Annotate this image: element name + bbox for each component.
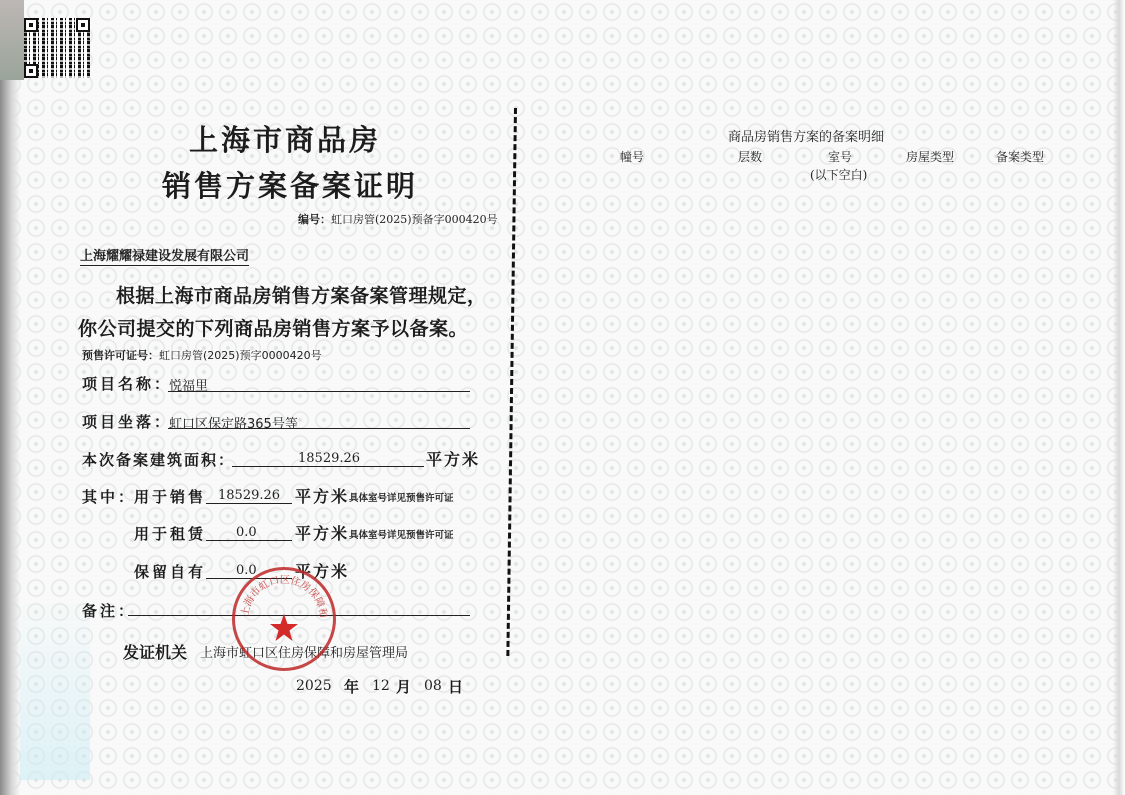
for-rent-label: 用于租赁	[134, 523, 206, 544]
statement-line-1: 根据上海市商品房销售方案备案管理规定，	[116, 281, 487, 308]
issuer-label: 发证机关	[123, 640, 187, 663]
star-icon	[270, 614, 298, 641]
self-held-label: 保留自有	[134, 561, 206, 582]
for-rent-underline	[206, 540, 292, 541]
column-header-floors: 层数	[738, 148, 762, 165]
presale-permit-number: 虹口房管(2025)预字0000420号	[159, 349, 322, 362]
remarks-label: 备注：	[82, 600, 136, 621]
for-rent-note: 具体室号详见预售许可证	[349, 527, 454, 541]
for-sale-note: 具体室号详见预售许可证	[349, 490, 454, 504]
title-line-2: 销售方案备案证明	[162, 164, 418, 205]
filed-area-underline	[232, 466, 424, 467]
filed-area-label: 本次备案建筑面积：	[82, 449, 235, 470]
date-year: 2025	[296, 678, 332, 694]
document-number-label: 编号：	[298, 213, 331, 226]
scan-right-edge	[1113, 0, 1125, 795]
paper-tint	[20, 600, 90, 780]
project-name-underline	[168, 391, 470, 392]
detail-title: 商品房销售方案的备案明细	[728, 126, 884, 145]
document-number: 编号：虹口房管(2025)预备字000420号	[298, 211, 498, 227]
date-day-unit: 日	[448, 676, 463, 697]
for-rent-area: 0.0	[236, 525, 257, 540]
project-location-label: 项目坐落：	[82, 411, 172, 432]
for-sale-label: 用于销售	[134, 486, 206, 507]
project-location-value: 虹口区保定路365号等	[169, 413, 298, 432]
column-header-house-type: 房屋类型	[906, 148, 954, 165]
project-location-underline	[168, 428, 470, 429]
title-line-1: 上海市商品房	[189, 118, 381, 159]
document-number-value: 虹口房管(2025)预备字000420号	[331, 213, 498, 226]
presale-permit-label: 预售许可证号：	[82, 349, 159, 362]
qr-finder-icon	[24, 64, 38, 78]
certificate-paper	[0, 0, 1125, 795]
filed-area-value: 18529.26	[298, 451, 360, 466]
project-name-label: 项目名称：	[82, 373, 172, 394]
qr-finder-icon	[24, 18, 38, 32]
date-month: 12	[372, 678, 390, 694]
qr-code-icon	[24, 18, 90, 78]
date-month-unit: 月	[396, 676, 411, 697]
for-sale-underline	[206, 503, 292, 504]
statement-line-2: 你公司提交的下列商品房销售方案予以备案。	[78, 314, 468, 341]
date-year-unit: 年	[344, 676, 359, 697]
blank-below-note: (以下空白)	[810, 166, 867, 183]
qr-finder-icon	[76, 18, 90, 32]
presale-permit: 预售许可证号：虹口房管(2025)预字0000420号	[82, 347, 322, 363]
official-seal: 上海市虹口区住房保障和房屋管理局	[232, 567, 336, 671]
filed-area-unit: 平方米	[426, 447, 480, 470]
column-header-filing-type: 备案类型	[996, 148, 1044, 165]
seal-graphic: 上海市虹口区住房保障和房屋管理局	[235, 570, 333, 668]
scan-corner	[0, 0, 24, 80]
for-sale-area: 18529.26	[218, 488, 280, 503]
column-header-room-no: 室号	[828, 148, 852, 165]
company-name: 上海耀耀禄建设发展有限公司	[80, 245, 249, 266]
scan-edge-shadow	[0, 0, 20, 795]
for-rent-unit: 平方米	[295, 521, 349, 544]
date-day: 08	[424, 678, 442, 694]
seal-text: 上海市虹口区住房保障和房屋管理局	[235, 570, 329, 619]
of-which-label: 其中：	[82, 486, 136, 507]
for-sale-unit: 平方米	[295, 484, 349, 507]
column-header-building-no: 幢号	[620, 148, 644, 165]
